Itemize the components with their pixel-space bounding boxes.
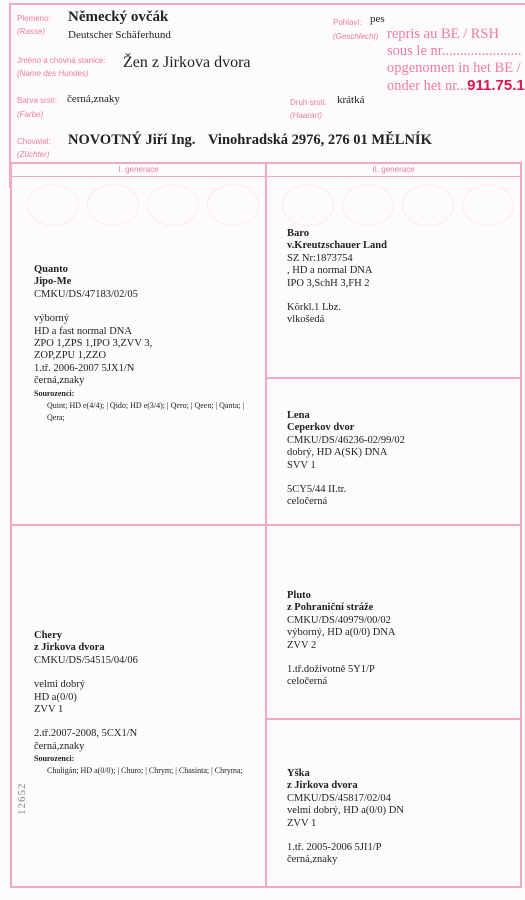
dam-dam-kennel: z Jirkova dvora [287, 780, 404, 792]
color-label-de: (Farbe) [17, 110, 43, 120]
breeder-address: Vinohradská 2976, 276 01 MĚLNÍK [208, 132, 432, 149]
row-divider-dam [265, 718, 520, 720]
dam-sire-detail: 1.tř.doživotně 5Y1/P [287, 664, 395, 676]
sire-kennel: Jipo-Me [34, 276, 247, 288]
dam-dam-detail: černá,znaky [287, 854, 404, 866]
dam-reg: CMKU/DS/54515/04/06 [34, 655, 247, 667]
sire-dam-detail: SVV 1 [287, 460, 405, 472]
dam-sire-reg: CMKU/DS/40979/00/02 [287, 615, 395, 627]
stamp-line-1: repris au BE / RSH [387, 26, 525, 43]
sire-siblings: Quint; HD e(4/4); | Qido; HD e(3/4); | Q… [34, 400, 247, 424]
sire-sire-name: Baro [287, 228, 387, 240]
sire-name: Quanto [34, 264, 247, 276]
sire-dam-kennel: Ceperkov dvor [287, 422, 405, 434]
dam-detail: velmi dobrý [34, 679, 247, 691]
dam-entry: Chery z Jirkova dvora CMKU/DS/54515/04/0… [34, 630, 247, 777]
row-divider-sire [265, 377, 520, 379]
sex-label: Pohlaví: [333, 18, 362, 28]
watermark-icon [147, 184, 199, 226]
coat-label-de: (Haarart) [290, 111, 322, 121]
sire-sire-reg: SZ Nr:1873754 [287, 253, 387, 265]
sire-detail: ZOP,ZPU 1,ZZO [34, 350, 247, 362]
dam-name: Chery [34, 630, 247, 642]
dam-dam-entry: Yška z Jirkova dvora CMKU/DS/45817/02/04… [287, 768, 404, 867]
dam-dam-reg: CMKU/DS/45817/02/04 [287, 793, 404, 805]
coat-label: Druh srsti: [290, 98, 326, 108]
sire-sire-kennel: v.Kreutzschauer Land [287, 240, 387, 252]
sire-sire-entry: Baro v.Kreutzschauer Land SZ Nr:1873754 … [287, 228, 387, 327]
color-value: černá,znaky [67, 93, 120, 105]
sire-siblings-label: Sourozenci: [34, 388, 247, 400]
dog-name: Žen z Jirkova dvora [123, 54, 251, 72]
stamp-line-2: sous le nr...................... [387, 43, 525, 60]
sex-label-de: (Geschlecht) [333, 32, 378, 42]
sire-sire-detail: Körkl.1 Lbz. [287, 302, 387, 314]
dam-siblings: Chuligán; HD a(0/0); | Churo; | Chrym; |… [34, 765, 247, 777]
stamp-line-3: opgenomen in het BE / [387, 60, 525, 77]
sire-detail: ZPO 1,ZPS 1,IPO 3,ZVV 3, [34, 338, 247, 350]
dam-dam-name: Yška [287, 768, 404, 780]
dam-sire-name: Pluto [287, 590, 395, 602]
margin-serial-number: 12652 [16, 783, 28, 816]
watermark-icon [282, 184, 334, 226]
breed-label: Plemeno: [17, 14, 51, 24]
coat-value: krátká [337, 94, 364, 106]
dam-detail: ZVV 1 [34, 704, 247, 716]
breeder-label-de: (Züchter) [17, 150, 49, 160]
dam-dam-detail: 1.tř. 2005-2006 5JI1/P [287, 842, 404, 854]
breed-value-de: Deutscher Schäferhund [68, 29, 171, 41]
row-divider-main [12, 524, 520, 526]
sex-value: pes [370, 13, 385, 25]
dam-sire-detail: celočerná [287, 676, 395, 688]
dam-sire-kennel: z Pohraniční stráže [287, 602, 395, 614]
watermark-icon [87, 184, 139, 226]
watermark-icon [462, 184, 514, 226]
registration-stamp: repris au BE / RSH sous le nr...........… [387, 26, 525, 95]
pedigree-table: I. generace II. generace Quanto Jipo-Me … [10, 162, 522, 888]
dam-siblings-label: Sourozenci: [34, 753, 247, 765]
dam-detail: HD a(0/0) [34, 692, 247, 704]
breeder-label: Chovatel: [17, 137, 51, 147]
sire-dam-detail: celočerná [287, 496, 405, 508]
breeder-name: NOVOTNÝ Jiří Ing. [68, 132, 195, 149]
watermark-icon [27, 184, 79, 226]
color-label: Barva srsti: [17, 96, 57, 106]
name-label: Jméno a chovná stanice: [17, 56, 106, 66]
top-border [10, 3, 525, 5]
dam-dam-detail: velmi dobrý, HD a(0/0) DN [287, 805, 404, 817]
watermark-icon [402, 184, 454, 226]
breed-value: Německý ovčák [68, 9, 168, 26]
left-border [9, 3, 11, 188]
dam-sire-detail: ZVV 2 [287, 640, 395, 652]
pedigree-certificate: Plemeno: (Rasse) Německý ovčák Deutscher… [0, 0, 525, 900]
sire-sire-detail: , HD a normal DNA [287, 265, 387, 277]
gen2-header: II. generace [267, 164, 520, 177]
sire-dam-detail: dobrý, HD A(SK) DNA [287, 447, 405, 459]
sire-sire-detail: IPO 3,SchH 3,FH 2 [287, 278, 387, 290]
dam-detail: černá,znaky [34, 741, 247, 753]
dam-sire-detail: výborný, HD a(0/0) DNA [287, 627, 395, 639]
sire-dam-detail: 5CY5/44 II.tr. [287, 484, 405, 496]
breed-label-de: (Rasse) [17, 27, 45, 37]
sire-reg: CMKU/DS/47183/02/05 [34, 289, 247, 301]
sire-dam-reg: CMKU/DS/46236-02/99/02 [287, 435, 405, 447]
sire-detail: výborný [34, 313, 247, 325]
watermark-icon [342, 184, 394, 226]
watermark-icon [207, 184, 259, 226]
sire-entry: Quanto Jipo-Me CMKU/DS/47183/02/05 výbor… [34, 264, 247, 424]
dam-kennel: z Jirkova dvora [34, 642, 247, 654]
stamp-line-4: onder het nr...911.75.1 [387, 77, 525, 95]
dam-sire-entry: Pluto z Pohraniční stráže CMKU/DS/40979/… [287, 590, 395, 689]
sire-dam-entry: Lena Ceperkov dvor CMKU/DS/46236-02/99/0… [287, 410, 405, 509]
sire-detail: černá,znaky [34, 375, 247, 387]
stamp-number: 911.75.1 [467, 77, 525, 94]
sire-detail: 1.tř. 2006-2007 5JX1/N [34, 363, 247, 375]
sire-detail: HD a fast normal DNA [34, 326, 247, 338]
name-label-de: (Name des Hundes) [17, 69, 89, 79]
dam-dam-detail: ZVV 1 [287, 818, 404, 830]
sire-sire-detail: vlkošedá [287, 314, 387, 326]
dam-detail: 2.tř.2007-2008, 5CX1/N [34, 728, 247, 740]
gen1-header: I. generace [12, 164, 265, 177]
sire-dam-name: Lena [287, 410, 405, 422]
